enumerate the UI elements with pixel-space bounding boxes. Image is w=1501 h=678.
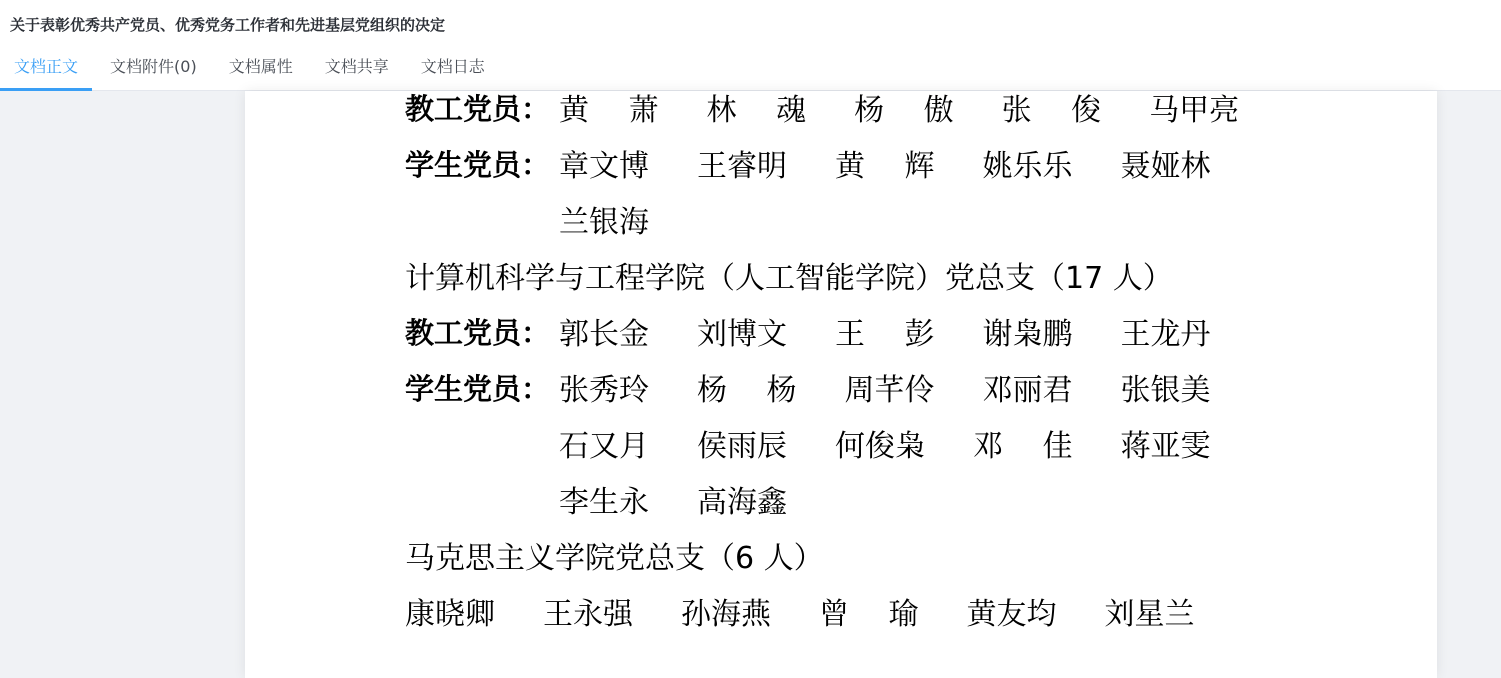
person-name: 姚乐乐: [983, 141, 1073, 185]
person-name: 杨 傲: [854, 91, 954, 129]
person-name: 周芊伶: [845, 365, 935, 409]
member-type-label: 教工党员：: [405, 91, 559, 128]
document-viewer-app: 关于表彰优秀共产党员、优秀党务工作者和先进基层党组织的决定 文档正文 文档附件(…: [0, 0, 1501, 678]
member-type-label: 教工党员：: [405, 311, 559, 352]
person-name: 谢枭鹏: [983, 309, 1073, 353]
section-heading: 马克思主义学院党总支（6 人）: [405, 527, 1397, 583]
person-name: 李生永: [559, 477, 649, 521]
member-row-continuation: 李生永 高海鑫: [405, 471, 1397, 527]
person-name: 曾 瑜: [819, 589, 919, 633]
person-name: 张秀玲: [559, 365, 649, 409]
person-name: 王龙丹: [1121, 309, 1211, 353]
tab-document-attachments[interactable]: 文档附件(0): [96, 54, 211, 90]
person-name: 聂娅林: [1121, 141, 1211, 185]
member-type-label: 学生党员：: [405, 367, 559, 408]
person-name: 高海鑫: [697, 477, 787, 521]
name-list: 黄 萧 林 魂 杨 傲 张 俊 马甲亮: [559, 91, 1239, 129]
person-name: 章文博: [559, 141, 649, 185]
section-heading: 计算机科学与工程学院（人工智能学院）党总支（17 人）: [405, 247, 1397, 303]
person-name: 刘星兰: [1105, 589, 1195, 633]
person-name: 兰银海: [559, 197, 649, 241]
tab-document-body[interactable]: 文档正文: [0, 54, 92, 90]
tab-document-log[interactable]: 文档日志: [407, 54, 499, 90]
person-name: 张 俊: [1002, 91, 1102, 129]
member-type-label: 学生党员：: [405, 143, 559, 184]
name-list: 李生永 高海鑫: [559, 477, 787, 521]
person-name: 张银美: [1121, 365, 1211, 409]
person-name: 侯雨辰: [697, 421, 787, 465]
member-row: 教工党员： 郭长金 刘博文 王 彭 谢枭鹏 王龙丹: [405, 303, 1397, 359]
person-name: 黄友均: [967, 589, 1057, 633]
person-name: 郭长金: [559, 309, 649, 353]
person-name: 杨 杨: [697, 365, 797, 409]
member-row: 康晓卿 王永强 孙海燕 曾 瑜 黄友均 刘星兰: [405, 583, 1397, 639]
member-row: 学生党员： 张秀玲 杨 杨 周芊伶 邓丽君 张银美: [405, 359, 1397, 415]
member-row-continuation: 兰银海: [405, 191, 1397, 247]
tab-document-properties[interactable]: 文档属性: [215, 54, 307, 90]
member-row: 学生党员： 章文博 王睿明 黄 辉 姚乐乐 聂娅林: [405, 135, 1397, 191]
tab-bar: 文档正文 文档附件(0) 文档属性 文档共享 文档日志: [0, 54, 499, 90]
person-name: 马甲亮: [1149, 91, 1239, 129]
person-name: 林 魂: [707, 91, 807, 129]
name-list: 康晓卿 王永强 孙海燕 曾 瑜 黄友均 刘星兰: [405, 589, 1195, 633]
person-name: 石又月: [559, 421, 649, 465]
person-name: 黄 辉: [835, 141, 935, 185]
document-title: 关于表彰优秀共产党员、优秀党务工作者和先进基层党组织的决定: [0, 0, 1501, 35]
member-row: 教工党员： 黄 萧 林 魂 杨 傲 张 俊 马甲亮: [405, 91, 1397, 135]
document-header: 关于表彰优秀共产党员、优秀党务工作者和先进基层党组织的决定 文档正文 文档附件(…: [0, 0, 1501, 91]
person-name: 王永强: [543, 589, 633, 633]
person-name: 孙海燕: [681, 589, 771, 633]
person-name: 何俊枭: [835, 421, 925, 465]
name-list: 兰银海: [559, 197, 649, 241]
tab-document-sharing[interactable]: 文档共享: [311, 54, 403, 90]
person-name: 邓丽君: [983, 365, 1073, 409]
name-list: 郭长金 刘博文 王 彭 谢枭鹏 王龙丹: [559, 309, 1211, 353]
person-name: 康晓卿: [405, 589, 495, 633]
document-body-text: 教工党员： 黄 萧 林 魂 杨 傲 张 俊 马甲亮 学生党员： 章文博 王睿明: [245, 91, 1437, 639]
person-name: 蒋亚雯: [1121, 421, 1211, 465]
document-canvas: 教工党员： 黄 萧 林 魂 杨 傲 张 俊 马甲亮 学生党员： 章文博 王睿明: [0, 91, 1501, 678]
person-name: 黄 萧: [559, 91, 659, 129]
name-list: 石又月 侯雨辰 何俊枭 邓 佳 蒋亚雯: [559, 421, 1211, 465]
document-page: 教工党员： 黄 萧 林 魂 杨 傲 张 俊 马甲亮 学生党员： 章文博 王睿明: [245, 91, 1437, 678]
person-name: 邓 佳: [973, 421, 1073, 465]
name-list: 张秀玲 杨 杨 周芊伶 邓丽君 张银美: [559, 365, 1211, 409]
person-name: 王 彭: [835, 309, 935, 353]
person-name: 王睿明: [697, 141, 787, 185]
person-name: 刘博文: [697, 309, 787, 353]
name-list: 章文博 王睿明 黄 辉 姚乐乐 聂娅林: [559, 141, 1211, 185]
member-row-continuation: 石又月 侯雨辰 何俊枭 邓 佳 蒋亚雯: [405, 415, 1397, 471]
